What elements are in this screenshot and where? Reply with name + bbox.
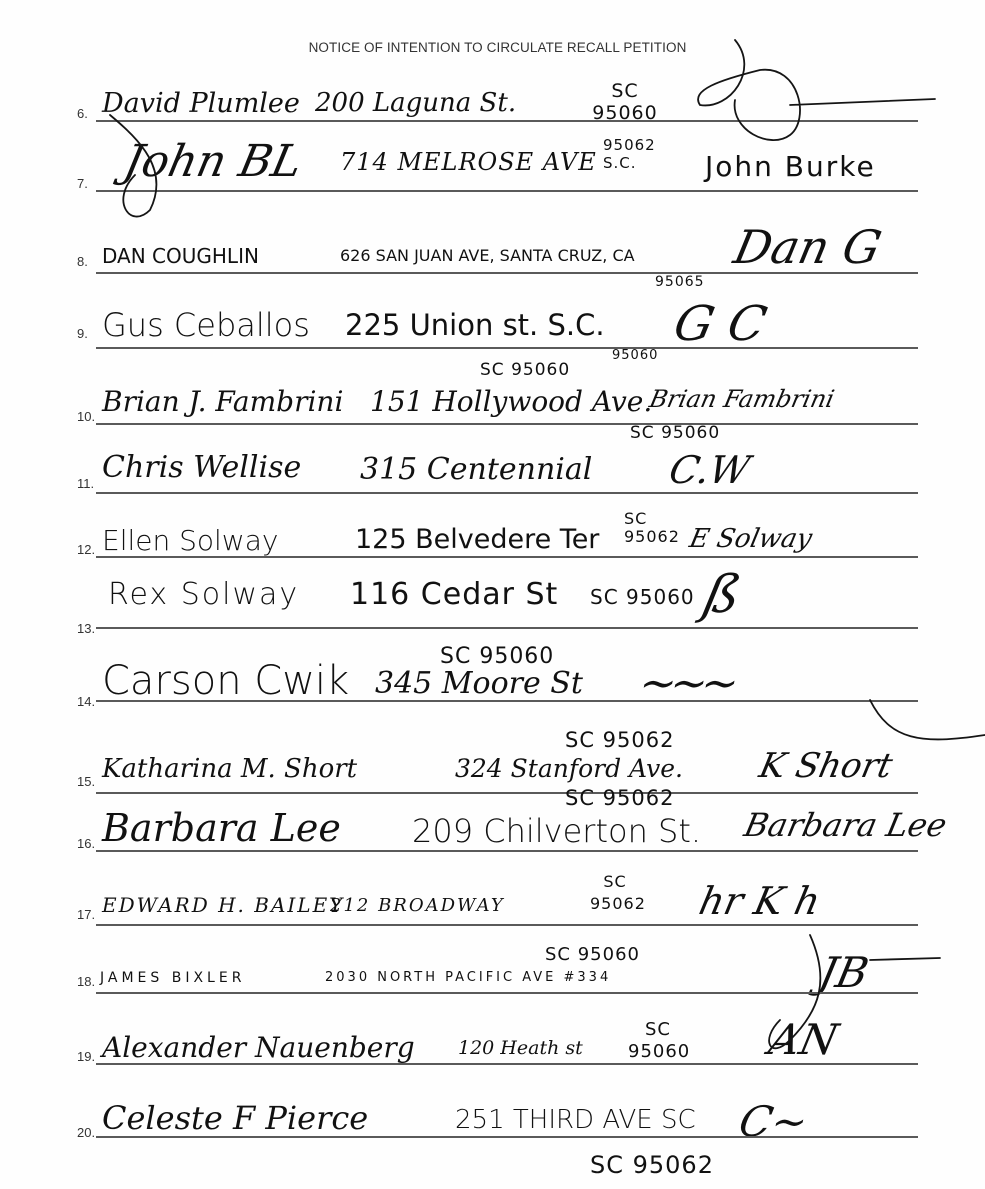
signature: JB <box>815 948 873 997</box>
signer-address: 251 THIRD AVE SC <box>455 1105 696 1135</box>
zip-note: SC 95060 <box>630 423 720 443</box>
signature-row: 10. Brian J. Fambrini 151 Hollywood Ave.… <box>0 345 985 425</box>
row-number: 18. <box>77 974 95 989</box>
signer-address: 315 Centennial <box>360 452 592 487</box>
signer-name: Barbara Lee <box>102 806 341 850</box>
signature: E Solway <box>687 524 815 554</box>
signature-row: 15. Katharina M. Short 324 Stanford Ave.… <box>0 720 985 800</box>
signature: C.W <box>665 448 753 492</box>
signature-row: 18. JAMES BIXLER 2030 NORTH PACIFIC AVE … <box>0 930 985 1010</box>
signer-name: DAN COUGHLIN <box>102 244 259 268</box>
signer-address: 209 Chilverton St. <box>412 812 701 850</box>
zip-note: 95062 S.C. <box>603 136 663 172</box>
row-number: 17. <box>77 907 95 922</box>
zip-note: SC 95062 <box>590 871 640 915</box>
signer-name: Carson Cwik <box>102 658 349 704</box>
printed-name: John Burke <box>705 150 876 183</box>
signer-address: 212 BROADWAY <box>330 895 505 916</box>
signature: C~ <box>735 1097 813 1146</box>
signer-address: 120 Heath st <box>458 1037 583 1059</box>
signature-row: 9. Gus Ceballos 225 Union st. S.C. 95060… <box>0 270 985 350</box>
signature-row: 6. David Plumlee 200 Laguna St. SC 95060 <box>0 58 985 138</box>
signature-line <box>96 992 918 994</box>
row-number: 11. <box>77 476 94 491</box>
row-number: 15. <box>77 774 95 789</box>
zip-note: SC 95060 <box>590 585 695 609</box>
row-number: 13. <box>77 621 95 636</box>
signature: ß <box>699 565 746 625</box>
document-title-text: NOTICE OF INTENTION TO CIRCULATE RECALL … <box>309 40 687 55</box>
signature-row: 11. Chris Wellise 315 Centennial SC 9506… <box>0 420 985 500</box>
signer-name: Rex Solway <box>108 577 299 612</box>
row-number: 16. <box>77 836 95 851</box>
row-number: 9. <box>77 326 88 341</box>
signer-address: 2030 NORTH PACIFIC AVE #334 <box>325 970 611 985</box>
row-number: 8. <box>77 254 88 269</box>
zip-note: SC 95060 <box>628 1019 688 1063</box>
signature-line <box>96 924 918 926</box>
signature-line <box>96 1136 918 1138</box>
signer-address: 125 Belvedere Ter <box>355 524 599 555</box>
signer-address: 116 Cedar St <box>350 577 558 612</box>
zip-note: SC 95060 <box>545 944 640 965</box>
signature-line <box>96 120 918 122</box>
signature: AN <box>765 1015 843 1064</box>
signature-row: 16. Barbara Lee 209 Chilverton St. SC 95… <box>0 790 985 870</box>
signature-line <box>96 627 918 629</box>
signature-line <box>96 1063 918 1065</box>
row-number: 7. <box>77 176 88 191</box>
signer-address: 200 Laguna St. <box>315 88 516 118</box>
signature: hr K h <box>695 879 824 923</box>
signer-name: JAMES BIXLER <box>100 970 245 986</box>
signer-name: Gus Ceballos <box>102 306 310 344</box>
signature-row: 7. John BL 714 MELROSE AVE 95062 S.C. Jo… <box>0 128 985 208</box>
signer-name: Celeste F Pierce <box>102 1099 368 1137</box>
signature-line <box>96 190 918 192</box>
zip-note: SC 95062 <box>624 510 674 546</box>
document-title: NOTICE OF INTENTION TO CIRCULATE RECALL … <box>0 40 985 55</box>
zip-note: SC 95060 <box>440 644 554 669</box>
zip-note: SC 95062 <box>565 728 674 752</box>
signer-name: Alexander Nauenberg <box>102 1031 415 1064</box>
signer-address: 225 Union st. S.C. <box>345 308 605 342</box>
row-number: 19. <box>77 1049 95 1064</box>
signature-row: 19. Alexander Nauenberg 120 Heath st SC … <box>0 1005 985 1085</box>
signer-name: Chris Wellise <box>102 450 301 485</box>
row-number: 14. <box>77 694 95 709</box>
signature-row: 14. Carson Cwik 345 Moore St SC 95060 ~~… <box>0 640 985 720</box>
signature: G C <box>669 296 771 352</box>
signer-name: David Plumlee <box>102 88 300 119</box>
signature-row: 20. Celeste F Pierce 251 THIRD AVE SC SC… <box>0 1075 985 1155</box>
signer-address: 151 Hollywood Ave. <box>370 385 652 418</box>
signature: John BL <box>120 136 307 187</box>
signature-line <box>96 700 918 702</box>
signature-line <box>96 492 918 494</box>
signature-row: 8. DAN COUGHLIN 626 SAN JUAN AVE, SANTA … <box>0 200 985 280</box>
zip-note: SC 95060 <box>480 360 570 380</box>
signer-name: EDWARD H. BAILEY <box>102 893 344 917</box>
signer-address: 345 Moore St <box>375 666 583 701</box>
row-number: 6. <box>77 106 88 121</box>
petition-page: NOTICE OF INTENTION TO CIRCULATE RECALL … <box>0 0 985 1189</box>
signer-name: Katharina M. Short <box>102 754 357 784</box>
signature-line <box>96 850 918 852</box>
signature-row: 13. Rex Solway 116 Cedar St SC 95060 ß <box>0 555 985 635</box>
signer-name: Ellen Solway <box>102 524 278 557</box>
zip-note: SC 95060 <box>590 80 660 124</box>
zip-note: SC 95062 <box>590 1151 714 1179</box>
signature: K Short <box>756 746 896 786</box>
signer-address: 714 MELROSE AVE <box>340 148 597 176</box>
signature: Dan G <box>729 220 886 274</box>
zip-note: SC 95062 <box>565 786 674 810</box>
signer-address: 626 SAN JUAN AVE, SANTA CRUZ, CA <box>340 246 635 265</box>
row-number: 20. <box>77 1125 95 1140</box>
signature: Brian Fambrini <box>647 385 837 413</box>
signer-name: Brian J. Fambrini <box>102 385 343 418</box>
signature: Barbara Lee <box>741 806 950 844</box>
signer-address: 324 Stanford Ave. <box>455 754 683 783</box>
